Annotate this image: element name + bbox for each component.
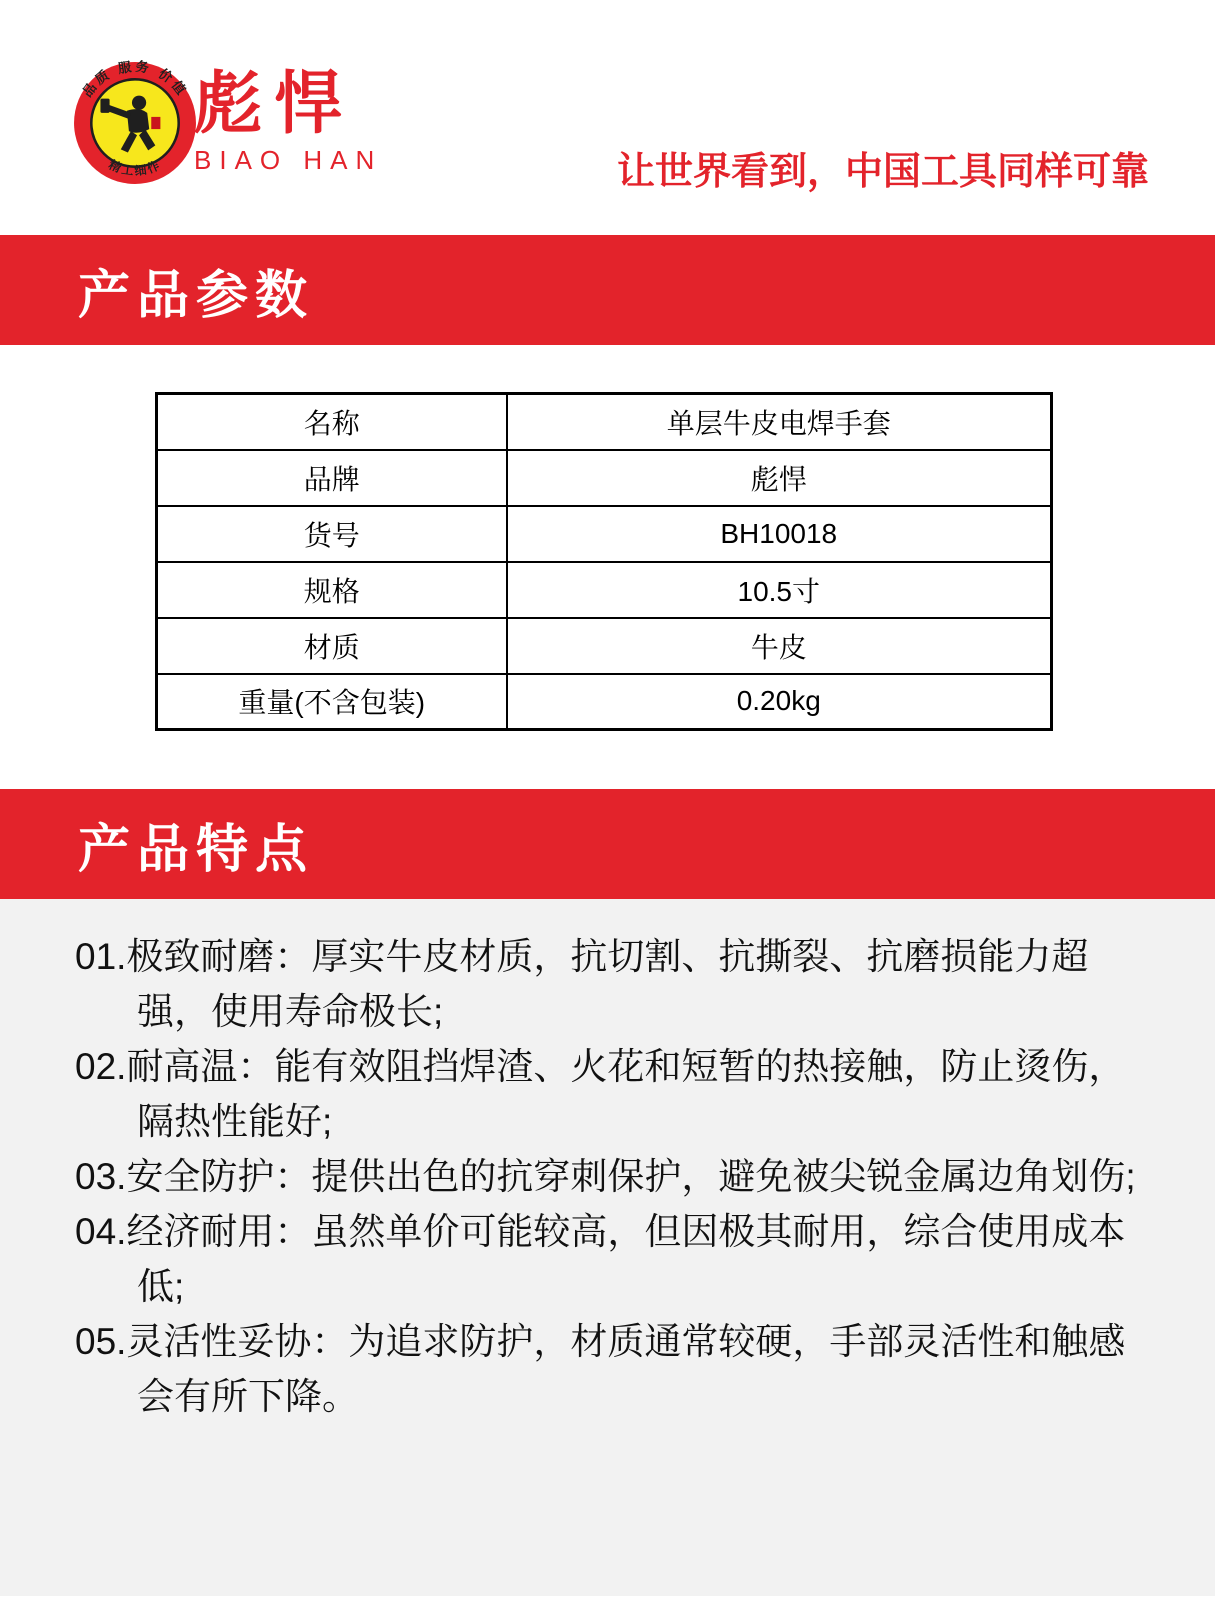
spec-value-cell: 牛皮 bbox=[507, 618, 1052, 674]
spec-row: 货号 BH10018 bbox=[157, 506, 1052, 562]
feature-number: 01. bbox=[75, 936, 126, 977]
spec-label-cell: 品牌 bbox=[157, 450, 507, 506]
spec-label-cell: 重量(不含包装) bbox=[157, 674, 507, 730]
feature-text: 耐高温：能有效阻挡焊渣、火花和短暂的热接触，防止烫伤，隔热性能好; bbox=[126, 1046, 1125, 1142]
feature-text: 极致耐磨：厚实牛皮材质，抗切割、抗撕裂、抗磨损能力超强，使用寿命极长; bbox=[126, 936, 1088, 1032]
feature-text: 灵活性妥协：为追求防护，材质通常较硬，手部灵活性和触感会有所下降。 bbox=[126, 1321, 1125, 1417]
feature-text: 经济耐用：虽然单价可能较高，但因极其耐用，综合使用成本低; bbox=[126, 1211, 1125, 1307]
feature-number: 04. bbox=[75, 1211, 126, 1252]
features-section-band: 产品特点 bbox=[0, 789, 1215, 899]
brand-name-cn: 彪悍 bbox=[194, 66, 382, 142]
header: 品质 服务 价值 精工细作 彪悍 BIAO HAN 让世界看到，中国工具同样可靠 bbox=[0, 0, 1215, 235]
features-section: 01.极致耐磨：厚实牛皮材质，抗切割、抗撕裂、抗磨损能力超强，使用寿命极长; 0… bbox=[0, 899, 1215, 1596]
spec-label-cell: 货号 bbox=[157, 506, 507, 562]
brand-badge-icon: 品质 服务 价值 精工细作 bbox=[72, 60, 198, 186]
spec-value-cell: 0.20kg bbox=[507, 674, 1052, 730]
feature-item: 01.极致耐磨：厚实牛皮材质，抗切割、抗撕裂、抗磨损能力超强，使用寿命极长; bbox=[75, 929, 1145, 1039]
spec-table: 名称 单层牛皮电焊手套 品牌 彪悍 货号 BH10018 规格 10.5寸 材质 bbox=[155, 392, 1053, 731]
spec-value-cell: 单层牛皮电焊手套 bbox=[507, 394, 1052, 450]
params-section-band: 产品参数 bbox=[0, 235, 1215, 345]
feature-item: 03.安全防护：提供出色的抗穿刺保护，避免被尖锐金属边角划伤; bbox=[75, 1149, 1145, 1204]
params-section-title: 产品参数 bbox=[78, 253, 314, 328]
product-detail-page: 品质 服务 价值 精工细作 彪悍 BIAO HAN 让世界看到，中国工具同样可靠… bbox=[0, 0, 1215, 1600]
spec-label-cell: 规格 bbox=[157, 562, 507, 618]
feature-list: 01.极致耐磨：厚实牛皮材质，抗切割、抗撕裂、抗磨损能力超强，使用寿命极长; 0… bbox=[75, 929, 1145, 1424]
spec-row: 品牌 彪悍 bbox=[157, 450, 1052, 506]
spec-table-wrap: 名称 单层牛皮电焊手套 品牌 彪悍 货号 BH10018 规格 10.5寸 材质 bbox=[0, 345, 1215, 731]
spec-label-cell: 名称 bbox=[157, 394, 507, 450]
spec-value-cell: 10.5寸 bbox=[507, 562, 1052, 618]
spec-value-cell: 彪悍 bbox=[507, 450, 1052, 506]
feature-item: 04.经济耐用：虽然单价可能较高，但因极其耐用，综合使用成本低; bbox=[75, 1204, 1145, 1314]
badge-seal-mark bbox=[151, 117, 160, 129]
brand-name-en: BIAO HAN bbox=[194, 146, 382, 174]
spec-row: 名称 单层牛皮电焊手套 bbox=[157, 394, 1052, 450]
feature-text: 安全防护：提供出色的抗穿刺保护，避免被尖锐金属边角划伤; bbox=[126, 1156, 1135, 1197]
feature-number: 03. bbox=[75, 1156, 126, 1197]
spec-label-cell: 材质 bbox=[157, 618, 507, 674]
feature-number: 05. bbox=[75, 1321, 126, 1362]
spec-row: 材质 牛皮 bbox=[157, 618, 1052, 674]
feature-number: 02. bbox=[75, 1046, 126, 1087]
feature-item: 05.灵活性妥协：为追求防护，材质通常较硬，手部灵活性和触感会有所下降。 bbox=[75, 1314, 1145, 1424]
brand-block: 彪悍 BIAO HAN bbox=[194, 66, 382, 174]
feature-item: 02.耐高温：能有效阻挡焊渣、火花和短暂的热接触，防止烫伤，隔热性能好; bbox=[75, 1039, 1145, 1149]
features-section-title: 产品特点 bbox=[78, 807, 314, 882]
brand-slogan: 让世界看到，中国工具同样可靠 bbox=[617, 140, 1149, 195]
spec-row: 重量(不含包装) 0.20kg bbox=[157, 674, 1052, 730]
spec-value-cell: BH10018 bbox=[507, 506, 1052, 562]
spec-row: 规格 10.5寸 bbox=[157, 562, 1052, 618]
